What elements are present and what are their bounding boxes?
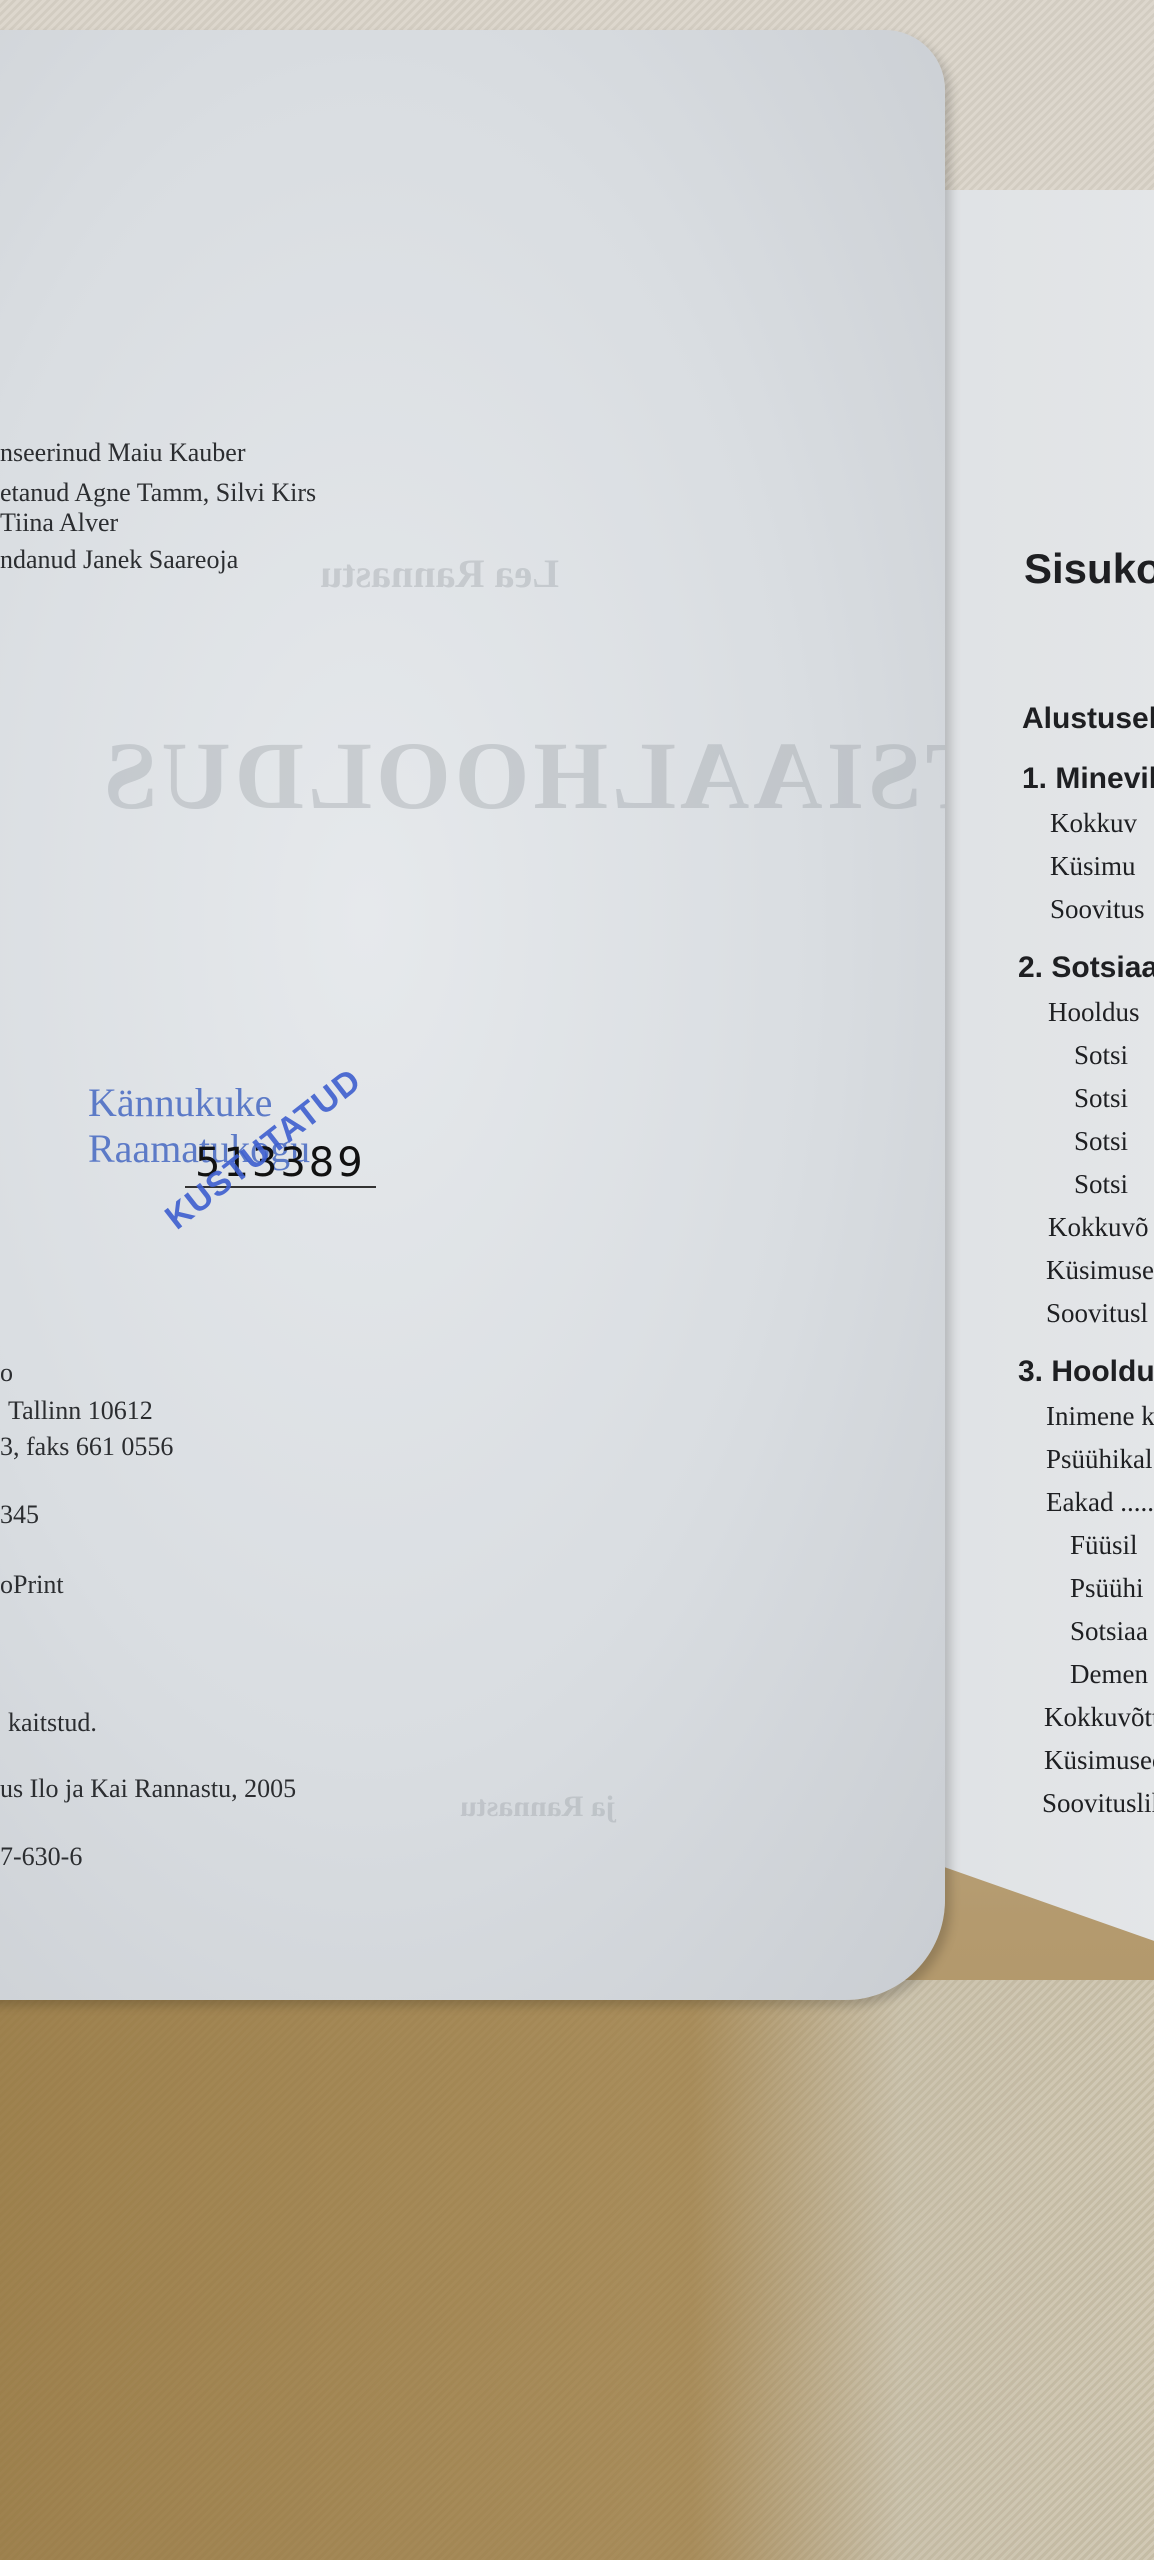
toc-heading: 1. Minevik	[1022, 762, 1154, 796]
credit-line-3: Tiina Alver	[0, 508, 118, 538]
left-page-imprint: Lea Rannastu SOTSIAALHOOLDUS ja Rannastu…	[0, 30, 945, 2000]
toc-entry: Sotsi	[1074, 1169, 1128, 1200]
credit-line-2: etanud Agne Tamm, Silvi Kirs	[0, 478, 316, 508]
imprint-line-2: Tallinn 10612	[8, 1396, 153, 1426]
toc-entry: Kokkuvõ	[1048, 1212, 1149, 1243]
toc-entry: Kokkuvõtt	[1044, 1702, 1154, 1733]
credit-line-4: ndanud Janek Saareoja	[0, 545, 238, 575]
toc-entry: Demen	[1070, 1659, 1148, 1690]
toc-entry: Inimene k	[1046, 1401, 1154, 1432]
toc-entry: Soovitus	[1050, 894, 1145, 925]
toc-heading: Alustuseks	[1022, 702, 1154, 736]
toc-entry: Psüühikal	[1046, 1444, 1153, 1475]
toc-heading: 2. Sotsiaalh	[1018, 951, 1154, 985]
imprint-line-7: us Ilo ja Kai Rannastu, 2005	[0, 1774, 296, 1804]
toc-entry: Sotsi	[1074, 1040, 1128, 1071]
show-through-small: ja Rannastu	[460, 1790, 616, 1824]
toc-entry: Psüühi	[1070, 1573, 1144, 1604]
toc-entry: Kokkuv	[1050, 808, 1137, 839]
show-through-author: Lea Rannastu	[320, 550, 559, 597]
toc-entry: Soovitusl	[1046, 1298, 1148, 1329]
toc-heading: 3. Hooldustö	[1018, 1355, 1154, 1389]
toc-entry: Sotsi	[1074, 1083, 1128, 1114]
toc-entry: Küsimuse	[1046, 1255, 1154, 1286]
imprint-line-4: 345	[0, 1500, 39, 1530]
toc-title: Sisuko	[1024, 545, 1154, 593]
show-through-title: SOTSIAALHOOLDUS	[100, 720, 945, 831]
tablecloth-background-bottom	[0, 1980, 1154, 2560]
toc-entry: Küsimu	[1050, 851, 1136, 882]
toc-entry: Soovituslik	[1042, 1788, 1154, 1819]
toc-entry: Eakad .....	[1046, 1487, 1154, 1518]
imprint-line-3: 3, faks 661 0556	[0, 1432, 173, 1462]
imprint-line-8: 7-630-6	[0, 1842, 82, 1872]
imprint-line-5: oPrint	[0, 1570, 64, 1600]
imprint-line-1: o	[0, 1358, 13, 1388]
credit-line-1: nseerinud Maiu Kauber	[0, 438, 245, 468]
toc-entry: Sotsiaa	[1070, 1616, 1148, 1647]
imprint-line-6: kaitstud.	[8, 1708, 97, 1738]
toc-entry: Füüsil	[1070, 1530, 1138, 1561]
toc-entry: Küsimused	[1044, 1745, 1154, 1776]
toc-entry: Hooldus	[1048, 997, 1140, 1028]
toc-entry: Sotsi	[1074, 1126, 1128, 1157]
